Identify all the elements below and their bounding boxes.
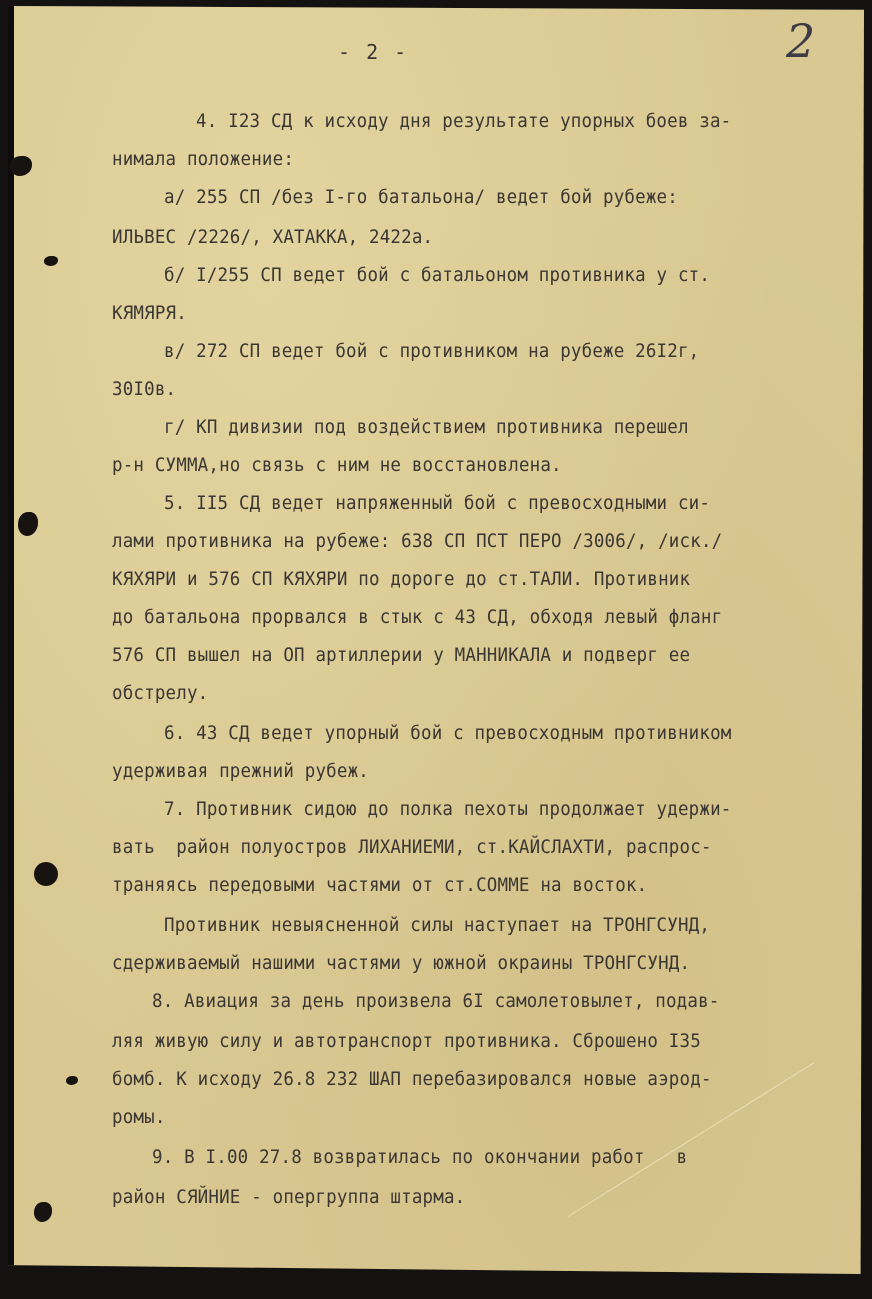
text-line: бомб. К исходу 26.8 232 ШАП перебазирова… <box>112 1068 712 1090</box>
text-line: 576 СП вышел на ОП артиллерии у МАННИКАЛ… <box>112 644 690 666</box>
text-line: 5. II5 СД ведет напряженный бой с превос… <box>164 492 710 514</box>
text-line: 6. 43 СД ведет упорный бой с превосходны… <box>164 722 732 744</box>
punch-hole <box>18 512 38 536</box>
text-line: ромы. <box>112 1106 166 1128</box>
text-line: 8. Авиация за день произвела 6I самолето… <box>152 990 720 1012</box>
text-line: ИЛЬВЕС /2226/, ХАТАККА, 2422а. <box>112 226 433 248</box>
text-line: удерживая прежний рубеж. <box>112 760 369 782</box>
document-page: - 2 - 2 4. I23 СД к исходу дня результат… <box>8 6 864 1274</box>
punch-hole <box>34 862 58 886</box>
binder-edge <box>8 6 14 1274</box>
text-line: КЯХЯРИ и 576 СП КЯХЯРИ по дороге до ст.Т… <box>112 568 690 590</box>
text-line: лами противника на рубеже: 638 СП ПСТ ПЕ… <box>112 530 722 552</box>
text-line: район СЯЙНИЕ - опергруппа штарма. <box>112 1186 465 1208</box>
text-line: р-н СУММА,но связь с ним не восстановлен… <box>112 454 562 476</box>
punch-hole <box>66 1076 78 1085</box>
text-line: 4. I23 СД к исходу дня результате упорны… <box>196 110 731 132</box>
text-line: Противник невыясненной силы наступает на… <box>164 914 710 936</box>
handwritten-folio-number: 2 <box>786 14 815 68</box>
punch-hole <box>10 156 32 176</box>
text-line: г/ КП дивизии под воздействием противник… <box>164 416 689 438</box>
text-line: 9. В I.00 27.8 возвратилась по окончании… <box>152 1146 687 1168</box>
text-line: б/ I/255 СП ведет бой с батальоном проти… <box>164 264 710 286</box>
text-line: сдерживаемый нашими частями у южной окра… <box>112 952 690 974</box>
text-line: КЯМЯРЯ. <box>112 302 187 324</box>
text-line: в/ 272 СП ведет бой с противником на руб… <box>164 340 699 362</box>
text-line: вать район полуостров ЛИХАНИЕМИ, ст.КАЙС… <box>112 836 712 858</box>
text-line: траняясь передовыми частями от ст.СОММЕ … <box>112 874 647 896</box>
text-line: 7. Противник сидою до полка пехоты продо… <box>164 798 732 820</box>
text-line: обстрелу. <box>112 682 208 704</box>
text-line: нимала положение: <box>112 148 294 170</box>
text-line: а/ 255 СП /без I-го батальона/ ведет бой… <box>164 186 678 208</box>
text-line: ляя живую силу и автотранспорт противник… <box>112 1030 701 1052</box>
punch-hole <box>34 1202 52 1222</box>
punch-hole <box>44 256 58 266</box>
text-line: до батальона прорвался в стык с 43 СД, о… <box>112 606 722 628</box>
text-line: 30I0в. <box>112 378 176 400</box>
page-number-header: - 2 - <box>338 40 408 64</box>
